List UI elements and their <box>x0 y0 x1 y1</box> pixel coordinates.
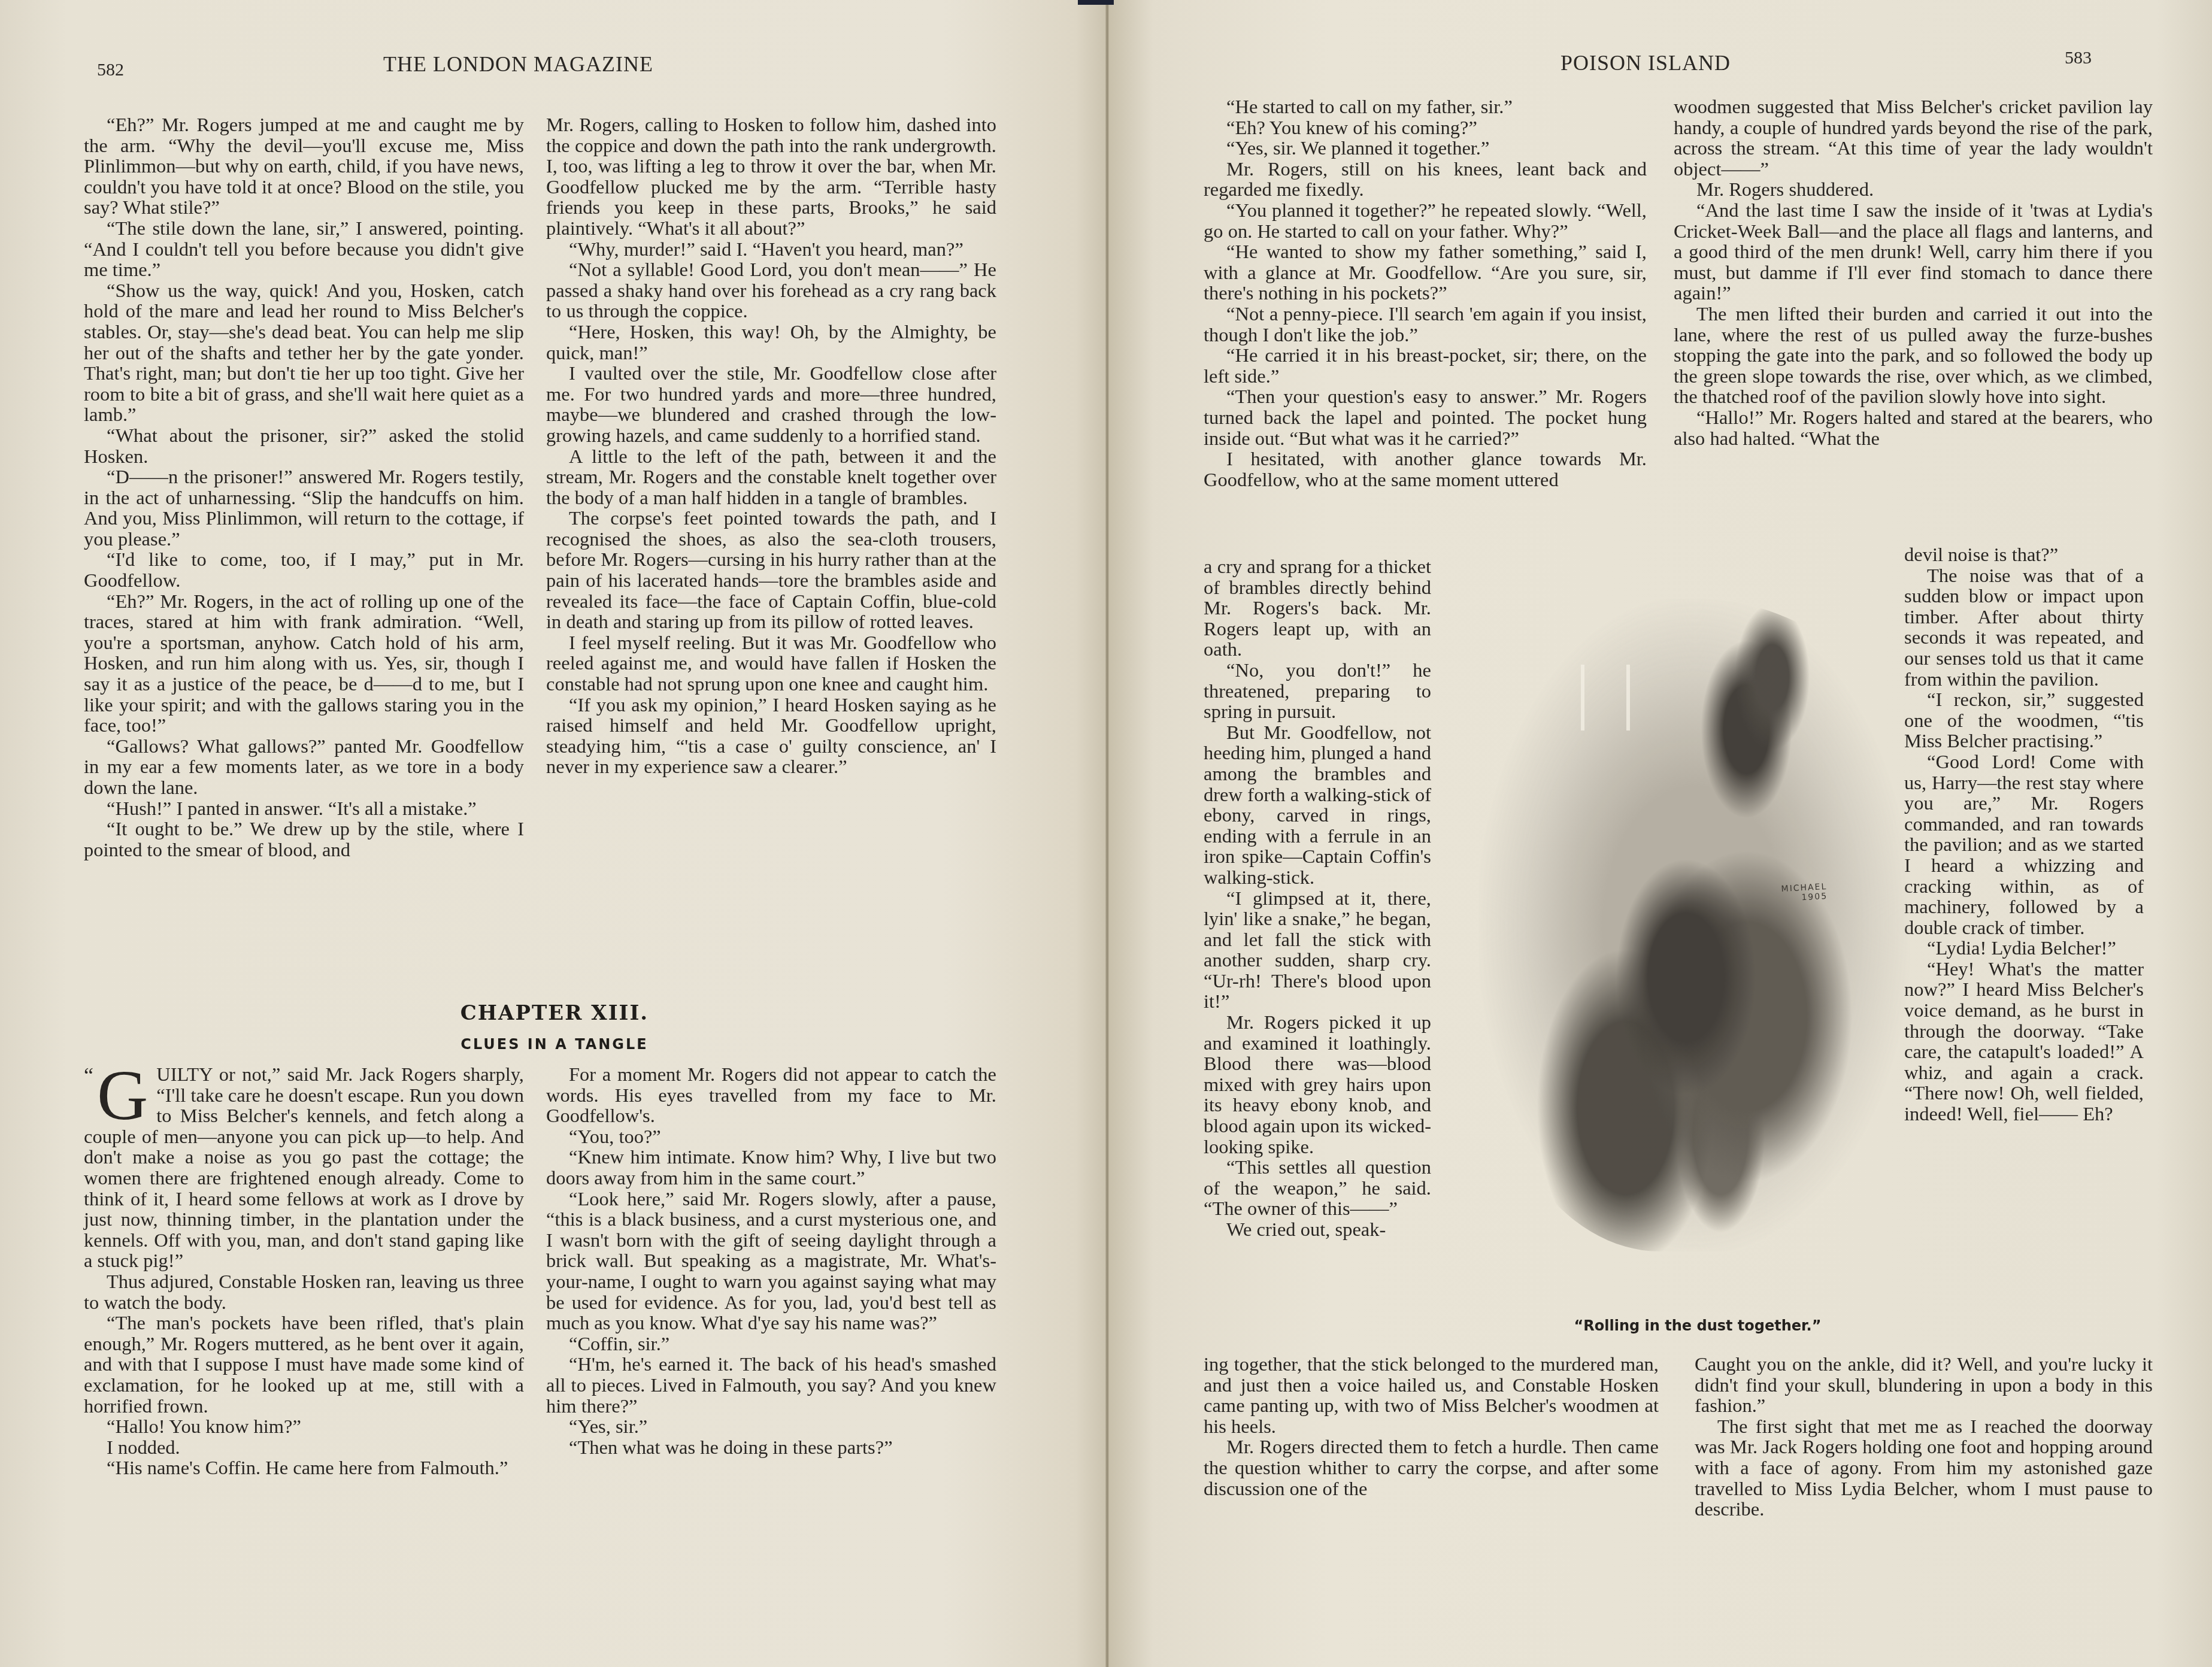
paragraph: “It ought to be.” We drew up by the stil… <box>84 819 524 860</box>
paragraph: Mr. Rogers directed them to fetch a hurd… <box>1204 1437 1659 1499</box>
paragraph: “The man's pockets have been rifled, tha… <box>84 1313 524 1417</box>
paragraph: We cried out, speak- <box>1204 1220 1431 1241</box>
paragraph: devil noise is that?” <box>1904 545 2144 566</box>
paragraph: “I reckon, sir,” suggested one of the wo… <box>1904 690 2144 752</box>
paragraph: “I glimpsed at it, there, lyin' like a s… <box>1204 889 1431 1013</box>
paragraph: “Not a penny-piece. I'll search 'em agai… <box>1204 304 1647 345</box>
paragraph: Caught you on the ankle, did it? Well, a… <box>1695 1354 2153 1417</box>
paragraph: “Coffin, sir.” <box>546 1334 996 1355</box>
paragraph: “Here, Hosken, this way! Oh, by the Almi… <box>546 322 996 363</box>
paragraph: The first sight that met me as I reached… <box>1695 1417 2153 1520</box>
paragraph: “Lydia! Lydia Belcher!” <box>1904 938 2144 959</box>
fence-icon <box>1581 665 1630 731</box>
paragraph: “Hey! What's the matter now?” I heard Mi… <box>1904 959 2144 1125</box>
paragraph: “He started to call on my father, sir.” <box>1204 97 1647 118</box>
paragraph: “He wanted to show my father something,”… <box>1204 242 1647 304</box>
paragraph: Mr. Rogers, still on his knees, leant ba… <box>1204 159 1647 201</box>
paragraph: “Yes, sir.” <box>546 1417 996 1438</box>
drop-cap: G <box>97 1068 148 1123</box>
paragraph: Mr. Rogers, calling to Hosken to follow … <box>546 115 996 240</box>
chapter-title: CHAPTER XIII. <box>0 1001 1109 1025</box>
paragraph: “This settles all question of the weapon… <box>1204 1157 1431 1220</box>
paragraph: But Mr. Goodfellow, not heeding him, plu… <box>1204 723 1431 889</box>
paragraph: A little to the left of the path, betwee… <box>546 447 996 509</box>
opening-paragraph: “GUILTY or not,” said Mr. Jack Rogers sh… <box>84 1065 524 1272</box>
running-head-right: POISON ISLAND <box>1560 50 1731 75</box>
artist-signature: MICHAEL 1905 <box>1781 882 1828 904</box>
paragraph: The noise was that of a sudden blow or i… <box>1904 566 2144 690</box>
paragraph: For a moment Mr. Rogers did not appear t… <box>546 1065 996 1127</box>
paragraph: I hesitated, with another glance towards… <box>1204 449 1647 490</box>
paragraph: “No, you don't!” he threatened, preparin… <box>1204 660 1431 723</box>
paragraph: “Then your question's easy to answer.” M… <box>1204 387 1647 449</box>
paragraph: Mr. Rogers picked it up and examined it … <box>1204 1013 1431 1157</box>
paragraph: “Eh?” Mr. Rogers jumped at me and caught… <box>84 115 524 219</box>
paragraph: “The stile down the lane, sir,” I answer… <box>84 219 524 281</box>
paragraph: The corpse's feet pointed towards the pa… <box>546 508 996 633</box>
chapter-subtitle: CLUES IN A TANGLE <box>0 1036 1109 1053</box>
paragraph: “Not a syllable! Good Lord, you don't me… <box>546 260 996 322</box>
engraving-illustration-icon <box>1479 599 1910 1251</box>
paragraph: “You planned it together?” he repeated s… <box>1204 201 1647 242</box>
page-number-left: 582 <box>97 60 124 80</box>
paragraph: “D——n the prisoner!” answered Mr. Rogers… <box>84 467 524 550</box>
paragraph: “Look here,” said Mr. Rogers slowly, aft… <box>546 1189 996 1334</box>
left-column-1-bottom-paragraphs: Thus adjured, Constable Hosken ran, leav… <box>84 1272 524 1479</box>
paragraph: Thus adjured, Constable Hosken ran, leav… <box>84 1272 524 1313</box>
paragraph: “If you ask my opinion,” I heard Hosken … <box>546 695 996 778</box>
left-column-1-bottom: “GUILTY or not,” said Mr. Jack Rogers sh… <box>84 1065 524 1479</box>
paragraph: “Knew him intimate. Know him? Why, I liv… <box>546 1147 996 1189</box>
right-column-2-top: woodmen suggested that Miss Belcher's cr… <box>1674 97 2153 449</box>
opening-quote: “ <box>84 1065 93 1086</box>
paragraph: woodmen suggested that Miss Belcher's cr… <box>1674 97 2153 180</box>
paragraph: “You, too?” <box>546 1127 996 1148</box>
paragraph: I nodded. <box>84 1438 524 1459</box>
paragraph: “Gallows? What gallows?” panted Mr. Good… <box>84 736 524 799</box>
paragraph: “Hallo!” Mr. Rogers halted and stared at… <box>1674 408 2153 449</box>
paragraph: I vaulted over the stile, Mr. Goodfellow… <box>546 363 996 446</box>
paragraph: “Hush!” I panted in answer. “It's all a … <box>84 799 524 820</box>
paragraph: The men lifted their burden and carried … <box>1674 304 2153 408</box>
paragraph: “What about the prisoner, sir?” asked th… <box>84 426 524 467</box>
paragraph: “And the last time I saw the inside of i… <box>1674 201 2153 304</box>
paragraph: “Why, murder!” said I. “Haven't you hear… <box>546 240 996 260</box>
right-column-1-narrow: a cry and sprang for a thicket of brambl… <box>1204 557 1431 1241</box>
paragraph: a cry and sprang for a thicket of brambl… <box>1204 557 1431 660</box>
paragraph: “I'd like to come, too, if I may,” put i… <box>84 550 524 591</box>
paragraph: I feel myself reeling. But it was Mr. Go… <box>546 633 996 695</box>
book-gutter <box>1105 0 1109 1667</box>
paragraph: Mr. Rogers shuddered. <box>1674 180 2153 201</box>
right-column-1-bottom: ing together, that the stick belonged to… <box>1204 1354 1659 1499</box>
paragraph: “H'm, he's earned it. The back of his he… <box>546 1354 996 1417</box>
paragraph: “Then what was he doing in these parts?” <box>546 1438 996 1459</box>
opening-paragraph-text: UILTY or not,” said Mr. Jack Rogers shar… <box>84 1064 524 1272</box>
paragraph: “Eh? You knew of his coming?” <box>1204 118 1647 139</box>
paragraph: ing together, that the stick belonged to… <box>1204 1354 1659 1437</box>
paragraph: “Eh?” Mr. Rogers, in the act of rolling … <box>84 592 524 736</box>
left-column-2-top: Mr. Rogers, calling to Hosken to follow … <box>546 115 996 977</box>
right-column-1-top: “He started to call on my father, sir.”“… <box>1204 97 1647 490</box>
paragraph: “Yes, sir. We planned it together.” <box>1204 138 1647 159</box>
illustration-caption: “Rolling in the dust together.” <box>1497 1317 1898 1334</box>
paragraph: “Hallo! You know him?” <box>84 1417 524 1438</box>
right-column-2-bottom: Caught you on the ankle, did it? Well, a… <box>1695 1354 2153 1520</box>
paragraph: “Good Lord! Come with us, Harry—the rest… <box>1904 752 2144 938</box>
book-cover-edge <box>1078 0 1114 5</box>
right-column-2-narrow: devil noise is that?”The noise was that … <box>1904 545 2144 1125</box>
paragraph: “His name's Coffin. He came here from Fa… <box>84 1458 524 1479</box>
paragraph: “He carried it in his breast-pocket, sir… <box>1204 345 1647 387</box>
left-column-2-bottom: For a moment Mr. Rogers did not appear t… <box>546 1065 996 1458</box>
running-head-left: THE LONDON MAGAZINE <box>383 51 653 77</box>
left-column-1-top: “Eh?” Mr. Rogers jumped at me and caught… <box>84 115 524 977</box>
paragraph: “Show us the way, quick! And you, Hosken… <box>84 281 524 426</box>
page-number-right: 583 <box>2065 48 2092 68</box>
